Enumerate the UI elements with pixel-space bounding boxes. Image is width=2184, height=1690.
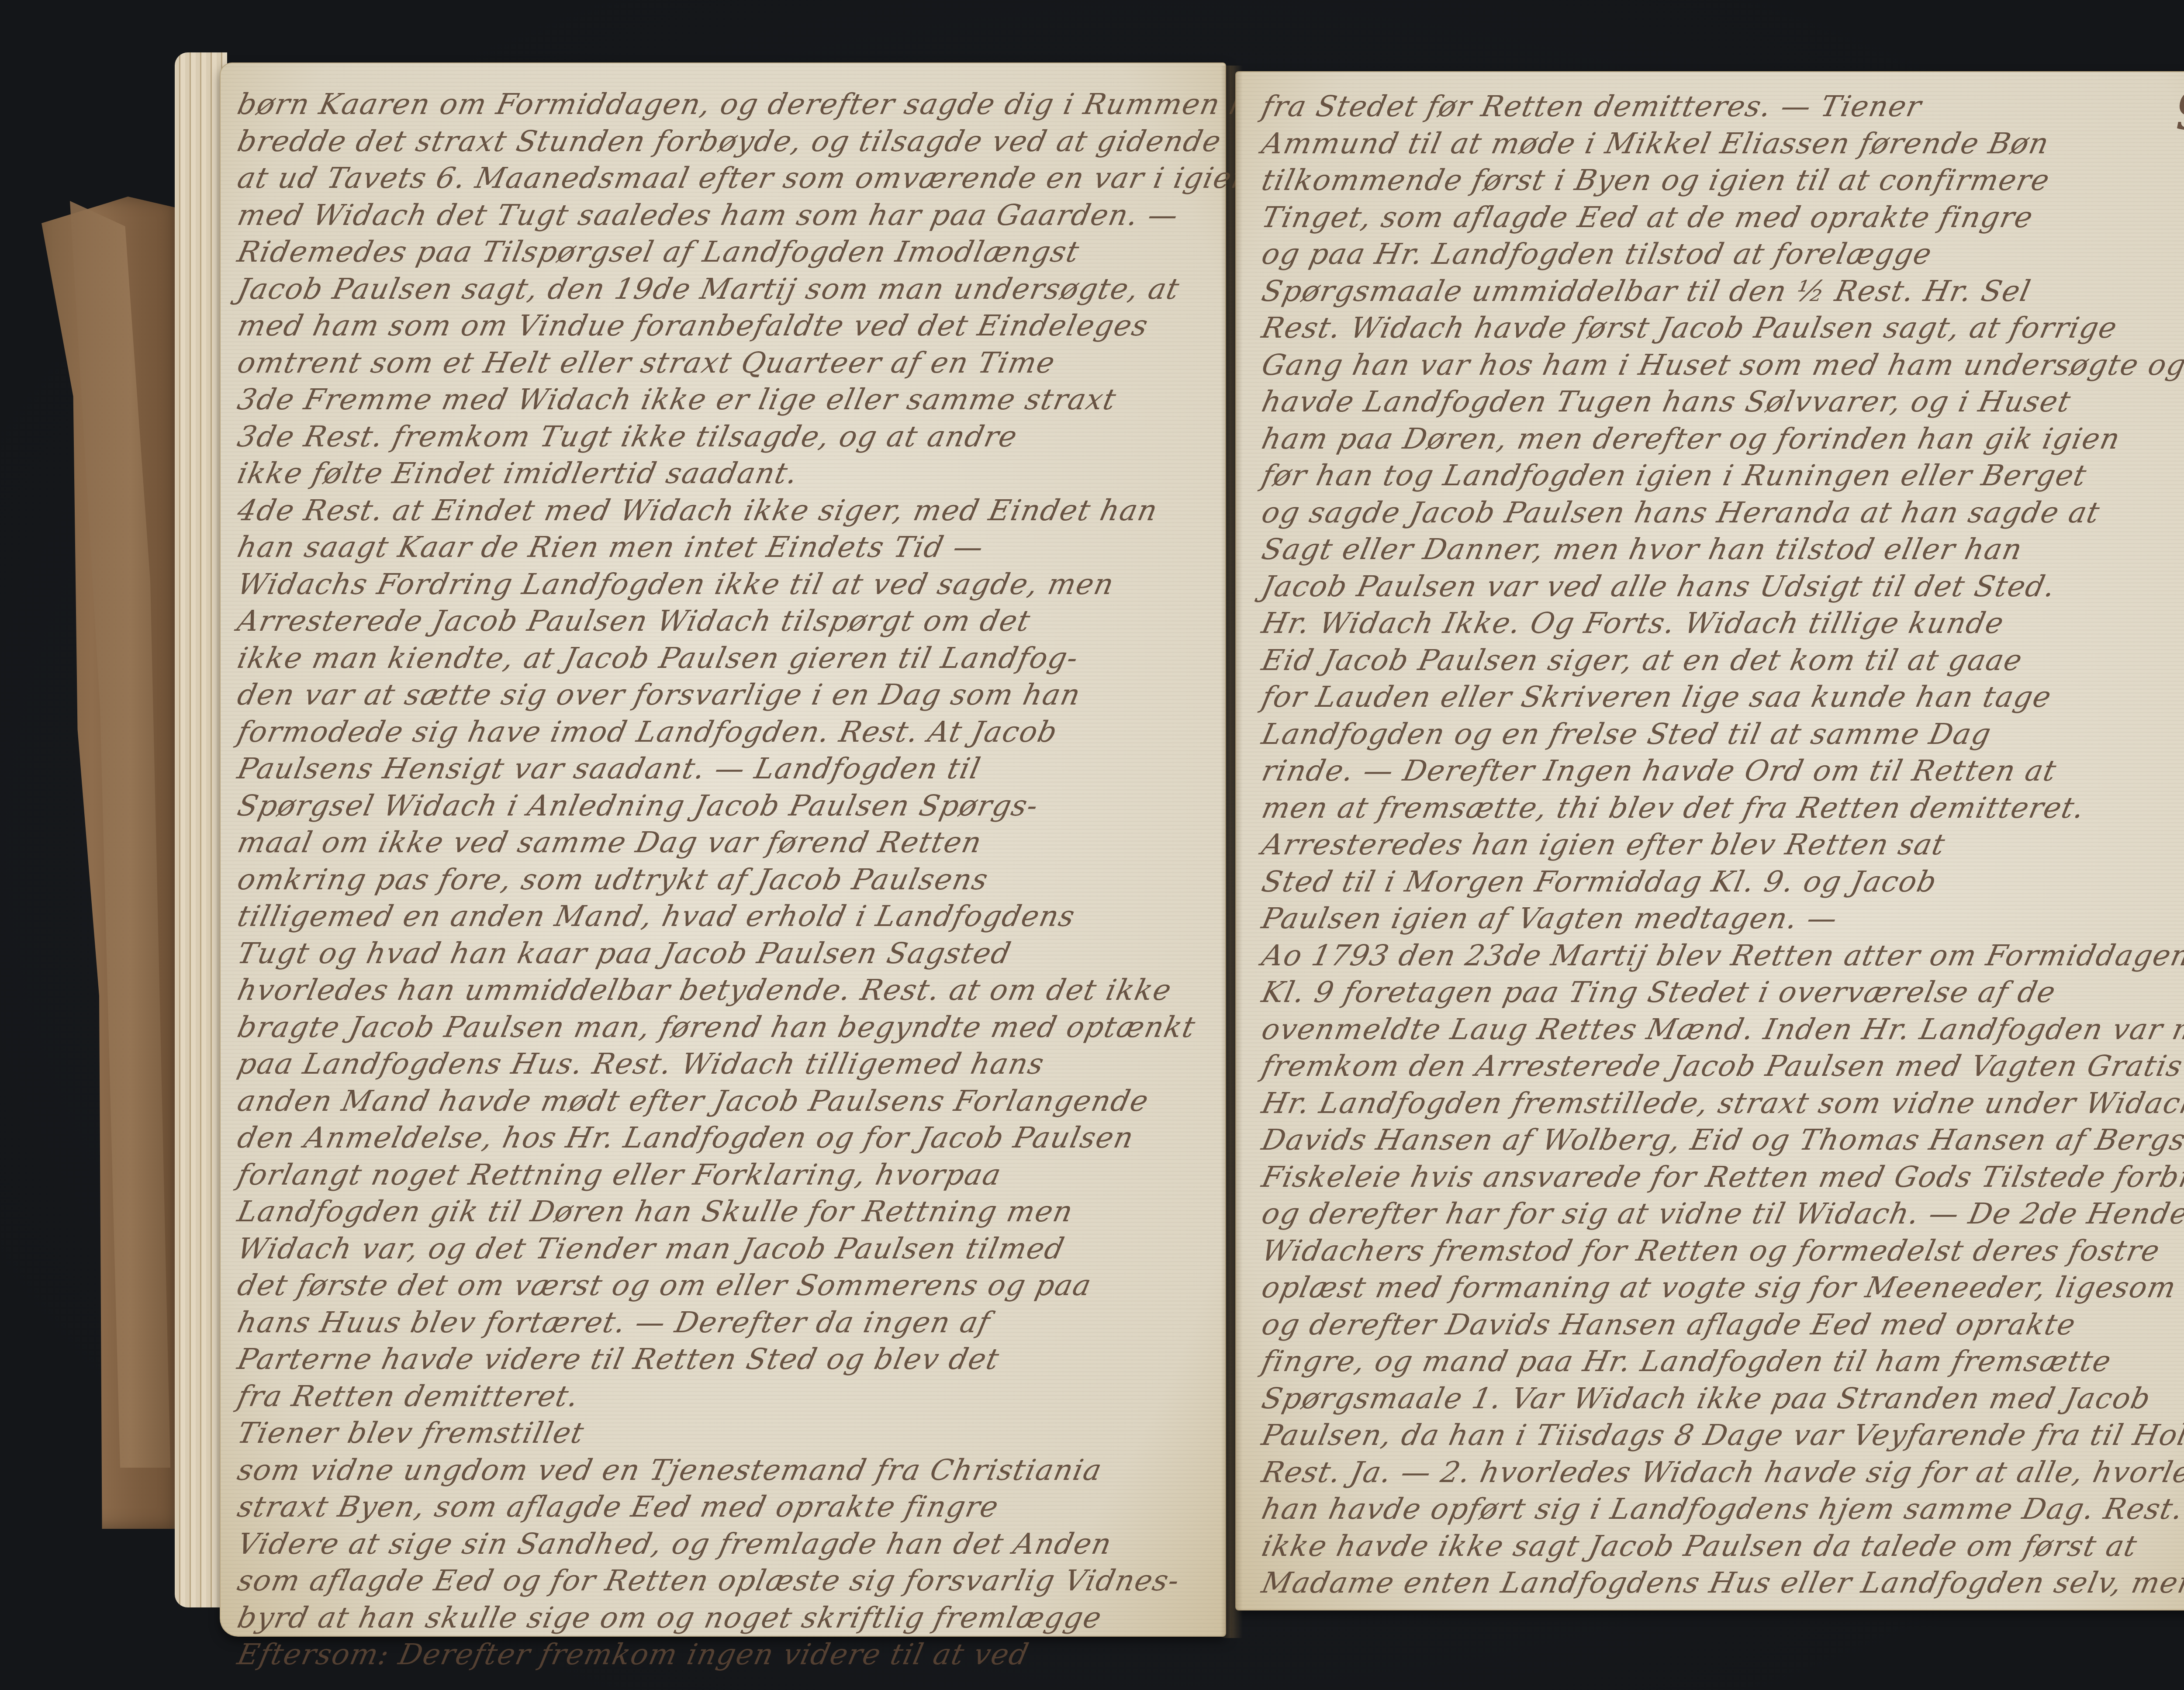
manuscript-line: ovenmeldte Laug Rettes Mænd. Inden Hr. L… <box>1259 1013 2184 1046</box>
manuscript-line: Arresterede Jacob Paulsen Widach tilspør… <box>235 604 1034 638</box>
manuscript-line: Landfogden gik til Døren han Skulle for … <box>235 1195 1077 1228</box>
manuscript-line: Jacob Paulsen sagt, den 19de Martij som … <box>235 272 1183 306</box>
manuscript-line: forlangt noget Rettning eller Forklaring… <box>235 1158 1005 1192</box>
manuscript-line: som aflagde Eed og for Retten oplæste si… <box>235 1564 1183 1597</box>
manuscript-line: ham paa Døren, men derefter og forinden … <box>1259 422 2124 456</box>
manuscript-line: før han tog Landfogden igien i Runingen … <box>1259 459 2090 492</box>
manuscript-line: Davids Hansen af Wolberg, Eid og Thomas … <box>1259 1123 2184 1157</box>
manuscript-line: ikke havde ikke sagt Jacob Paulsen da ta… <box>1259 1529 2141 1563</box>
manuscript-line: Rest. Ja. — 2. hvorledes Widach havde si… <box>1259 1455 2184 1489</box>
manuscript-line: Videre at sige sin Sandhed, og fremlagde… <box>235 1527 1115 1561</box>
manuscript-line: bragte Jacob Paulsen man, førend han beg… <box>235 1010 1199 1044</box>
manuscript-line: den var at sætte sig over forsvarlige i … <box>235 678 1084 712</box>
manuscript-line: Landfogden og en frelse Sted til at samm… <box>1259 717 1995 751</box>
manuscript-line: og sagde Jacob Paulsen hans Heranda at h… <box>1259 496 2103 529</box>
manuscript-line: Ammund til at møde i Mikkel Eliassen før… <box>1259 127 2053 160</box>
manuscript-line: Widachs Fordring Landfogden ikke til at … <box>235 567 1117 601</box>
manuscript-line: som vidne ungdom ved en Tjenestemand fra… <box>235 1453 1106 1487</box>
manuscript-line: maal om ikke ved samme Dag var førend Re… <box>235 826 985 859</box>
manuscript-line: 3de Rest. fremkom Tugt ikke tilsagde, og… <box>235 420 1021 453</box>
manuscript-line: Paulsen, da han i Tiisdags 8 Dage var Ve… <box>1259 1418 2184 1452</box>
manuscript-line: Sted til i Morgen Formiddag Kl. 9. og Ja… <box>1259 865 1940 899</box>
manuscript-line: at ud Tavets 6. Maanedsmaal efter som om… <box>235 161 1265 195</box>
manuscript-line: Hr. Widach Ikke. Og Forts. Widach tillig… <box>1259 606 2008 640</box>
manuscript-line: Hr. Landfogden fremstillede, straxt som … <box>1259 1086 2184 1120</box>
manuscript-line: med ham som om Vindue foranbefaldte ved … <box>235 309 1151 342</box>
manuscript-line: Madame enten Landfogdens Hus eller Landf… <box>1259 1566 2184 1600</box>
manuscript-line: med Widach det Tugt saaledes ham som har… <box>235 198 1182 232</box>
manuscript-line: fingre, og mand paa Hr. Landfogden til h… <box>1259 1344 2115 1378</box>
manuscript-line: Spørgsmaale ummiddelbar til den ½ Rest. … <box>1259 274 2034 308</box>
manuscript-line: omkring pas fore, som udtrykt af Jacob P… <box>235 863 992 896</box>
manuscript-line: bredde det straxt Stunden forbøyde, og t… <box>235 124 1225 158</box>
manuscript-line: hans Huus blev fortæret. — Derefter da i… <box>235 1306 994 1339</box>
manuscript-line: Eftersom: Derefter fremkom ingen videre … <box>235 1638 1032 1671</box>
manuscript-line: fra Stedet før Retten demitteres. — Tien… <box>1259 90 1925 123</box>
manuscript-line: tilligemed en anden Mand, hvad erhold i … <box>235 899 1078 933</box>
manuscript-line: han havde opført sig i Landfogdens hjem … <box>1259 1492 2184 1526</box>
manuscript-line: for Lauden eller Skriveren lige saa kund… <box>1259 680 2055 714</box>
manuscript-line: 3de Fremme med Widach ikke er lige eller… <box>235 383 1120 416</box>
manuscript-line: Ridemedes paa Tilspørgsel af Landfogden … <box>235 235 1083 269</box>
manuscript-line: Tinget, som aflagde Eed at de med oprakt… <box>1259 200 2037 234</box>
manuscript-line: Arresteredes han igien efter blev Retten… <box>1259 828 1949 861</box>
manuscript-line: fra Retten demitteret. <box>235 1379 582 1413</box>
manuscript-line: anden Mand havde mødt efter Jacob Paulse… <box>235 1084 1152 1118</box>
left-page-text: børn Kaaren om Formiddagen, og derefter … <box>221 63 1225 1636</box>
manuscript-line: men at fremsætte, thi blev det fra Rette… <box>1259 791 2088 825</box>
manuscript-line: omtrent som et Helt eller straxt Quartee… <box>235 346 1058 380</box>
manuscript-line: børn Kaaren om Formiddagen, og derefter … <box>235 87 1291 121</box>
manuscript-line: Widach var, og det Tiender man Jacob Pau… <box>235 1232 1068 1265</box>
book-gutter <box>1221 66 1243 1638</box>
manuscript-line: og derefter Davids Hansen aflagde Eed me… <box>1259 1308 2079 1341</box>
manuscript-line: Tiener blev fremstillet <box>235 1416 587 1450</box>
manuscript-line: Widachers fremstod for Retten og formede… <box>1259 1234 2163 1268</box>
manuscript-line: han saagt Kaar de Rien men intet Eindets… <box>235 530 987 564</box>
manuscript-line: rinde. — Derefter Ingen havde Ord om til… <box>1259 754 2060 788</box>
manuscript-line: Fiskeleie hvis ansvarede for Retten med … <box>1259 1160 2184 1194</box>
manuscript-line: formodede sig have imod Landfogden. Rest… <box>235 715 1061 749</box>
manuscript-line: Jacob Paulsen var ved alle hans Udsigt t… <box>1259 570 2059 603</box>
manuscript-line: ikke man kiendte, at Jacob Paulsen giere… <box>235 641 1082 675</box>
manuscript-line: Ao 1793 den 23de Martij blev Retten atte… <box>1259 939 2184 972</box>
manuscript-line: fremkom den Arresterede Jacob Paulsen me… <box>1259 1049 2184 1083</box>
manuscript-line: Sagt eller Danner, men hvor han tilstod … <box>1259 532 2026 566</box>
manuscript-line: og derefter har for sig at vidne til Wid… <box>1259 1197 2184 1230</box>
right-page-text: fra Stedet før Retten demitteres. — Tien… <box>1236 72 2184 1610</box>
manuscript-line: Paulsen igien af Vagten medtagen. — <box>1259 902 1841 935</box>
manuscript-line: straxt Byen, som aflagde Eed med oprakte… <box>235 1490 1002 1524</box>
manuscript-line: byrd at han skulle sige om og noget skri… <box>235 1601 1105 1635</box>
manuscript-line: Gang han var hos ham i Huset som med ham… <box>1259 348 2184 382</box>
manuscript-line: og paa Hr. Landfogden tilstod at forelæg… <box>1259 237 1935 271</box>
manuscript-line: Kl. 9 foretagen paa Ting Stedet i overvæ… <box>1259 975 2059 1009</box>
manuscript-line: 4de Rest. at Eindet med Widach ikke sige… <box>235 494 1161 527</box>
manuscript-line: havde Landfogden Tugen hans Sølvvarer, o… <box>1259 385 2074 418</box>
manuscript-line: hvorledes han ummiddelbar betydende. Res… <box>235 973 1175 1007</box>
manuscript-line: den Anmeldelse, hos Hr. Landfogden og fo… <box>235 1121 1137 1154</box>
manuscript-line: Tugt og hvad han kaar paa Jacob Paulsen … <box>235 937 1015 970</box>
manuscript-line: ikke følte Eindet imidlertid saadant. <box>235 456 802 490</box>
left-page: børn Kaaren om Formiddagen, og derefter … <box>221 63 1225 1636</box>
manuscript-line: Paulsens Hensigt var saadant. — Landfogd… <box>235 752 984 785</box>
manuscript-line: Spørgsmaale 1. Var Widach ikke paa Stran… <box>1259 1382 2154 1415</box>
manuscript-line: tilkommende først i Byen og igien til at… <box>1259 163 2053 197</box>
manuscript-line: Rest. Widach havde først Jacob Paulsen s… <box>1259 311 2121 345</box>
manuscript-line: paa Landfogdens Hus. Rest. Widach tillig… <box>235 1047 1048 1081</box>
manuscript-line: Eid Jacob Paulsen siger, at en det kom t… <box>1259 643 2026 677</box>
manuscript-line: oplæst med formaning at vogte sig for Me… <box>1259 1271 2180 1304</box>
right-page: 92 fra Stedet før Retten demitteres. — T… <box>1236 72 2184 1610</box>
manuscript-line: det første det om værst og om eller Somm… <box>235 1268 1095 1302</box>
page-stack-left <box>175 52 227 1607</box>
manuscript-line: Parterne havde videre til Retten Sted og… <box>235 1342 1003 1376</box>
manuscript-line: Spørgsel Widach i Anledning Jacob Paulse… <box>235 789 1042 823</box>
